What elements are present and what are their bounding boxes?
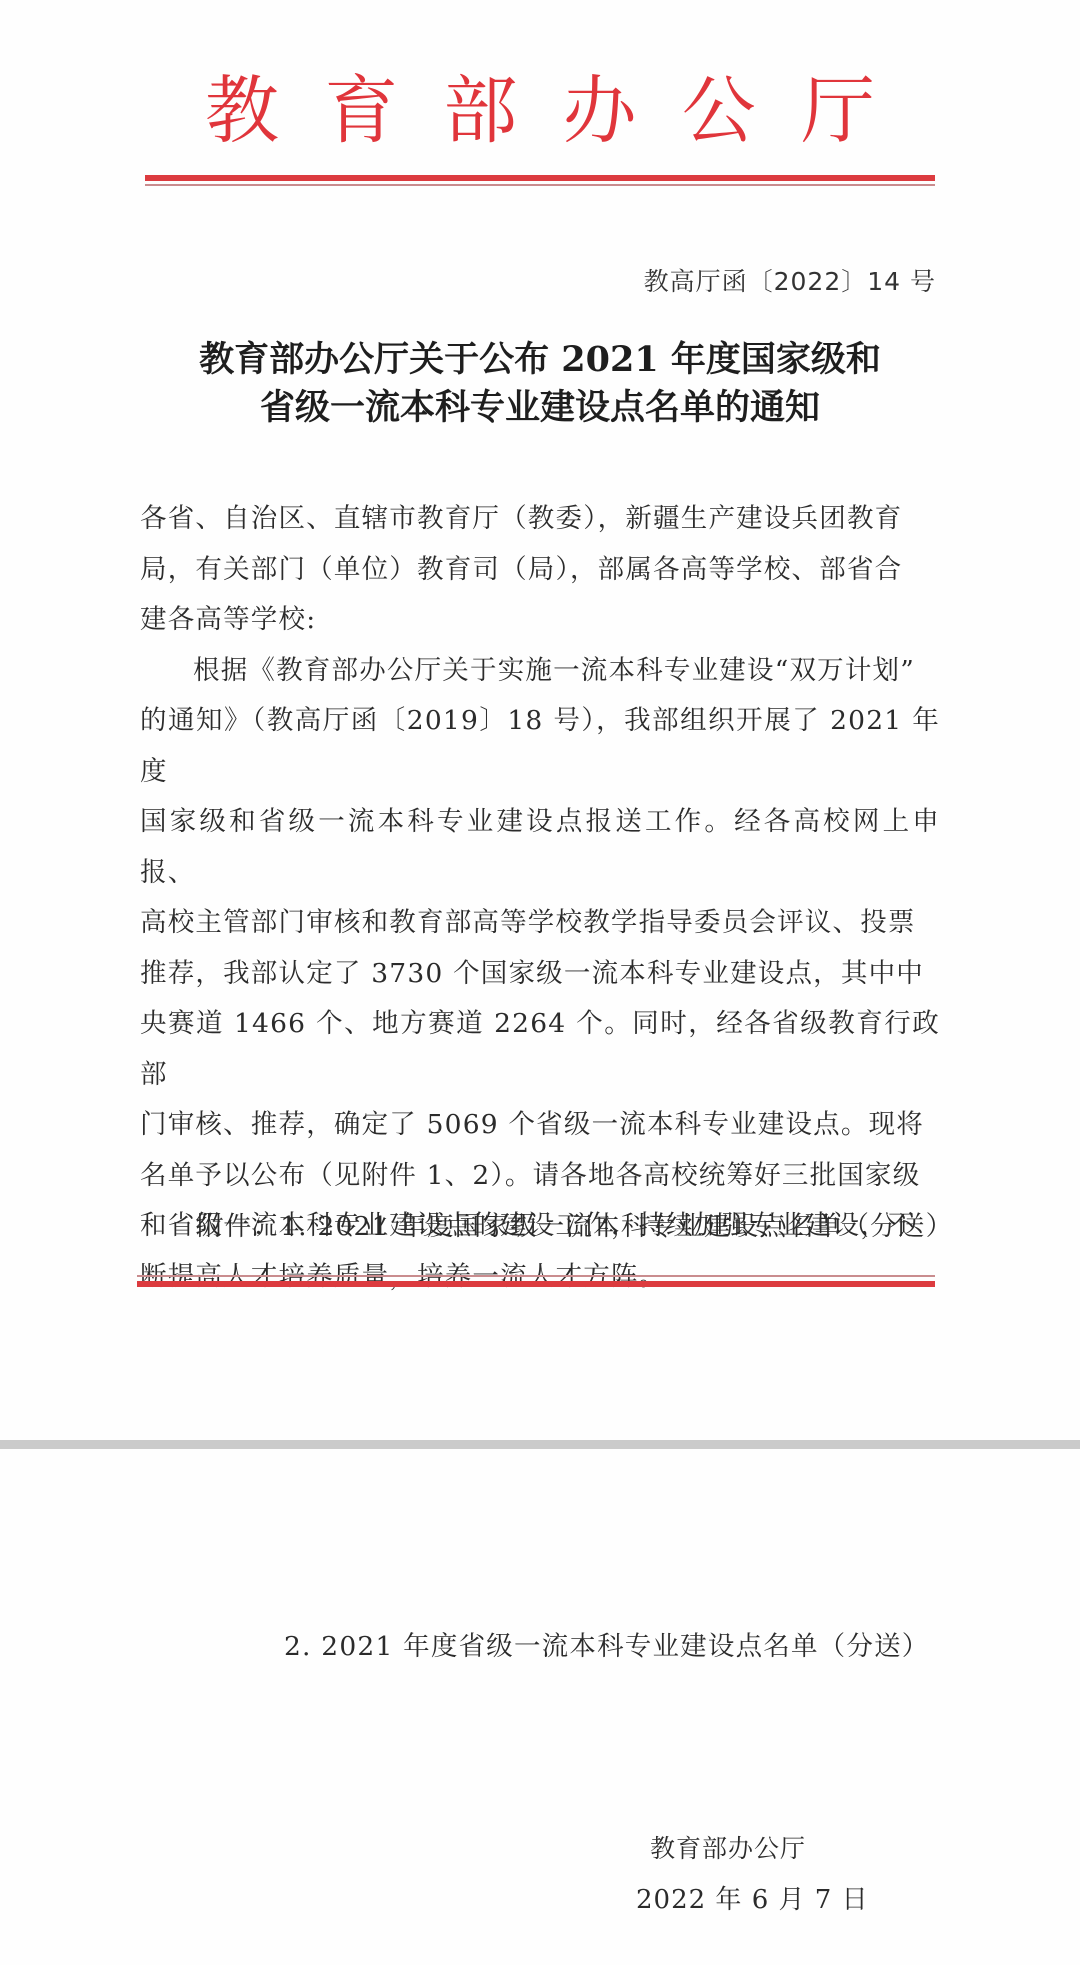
attachment-2: 2. 2021 年度省级一流本科专业建设点名单（分送）: [284, 1624, 929, 1663]
document-body: 各省、自治区、直辖市教育厅（教委），新疆生产建设兵团教育 局，有关部门（单位）教…: [140, 494, 940, 1302]
page-separator: [0, 1440, 1080, 1449]
body-line: 高校主管部门审核和教育部高等学校教学指导委员会评议、投票: [140, 898, 940, 949]
title-line: 教育部办公厅关于公布 2021 年度国家级和: [140, 336, 940, 384]
masthead-char: 公: [682, 74, 756, 148]
body-line: 央赛道 1466 个、地方赛道 2264 个。同时，经各省级教育行政部: [140, 999, 940, 1100]
signature-date: 2022 年 6 月 7 日: [636, 1879, 869, 1916]
masthead-char: 厅: [801, 74, 875, 148]
body-line: 各省、自治区、直辖市教育厅（教委），新疆生产建设兵团教育: [140, 494, 940, 545]
body-line: 的通知》（教高厅函〔2019〕18 号），我部组织开展了 2021 年度: [140, 696, 940, 797]
body-line: 门审核、推荐，确定了 5069 个省级一流本科专业建设点。现将: [140, 1100, 940, 1151]
masthead-char: 育: [324, 74, 398, 148]
masthead-char: 部: [443, 74, 517, 148]
body-line: 名单予以公布（见附件 1、2）。请各地各高校统筹好三批国家级: [140, 1151, 940, 1202]
body-line: 推荐，我部认定了 3730 个国家级一流本科专业建设点，其中中: [140, 949, 940, 1000]
footer-rule-thin: [137, 1275, 935, 1277]
document-number: 教高厅函〔2022〕14 号: [644, 262, 936, 298]
body-line: 国家级和省级一流本科专业建设点报送工作。经各高校网上申报、: [140, 797, 940, 898]
masthead-char: 教: [205, 74, 279, 148]
body-line: 建各高等学校:: [140, 595, 940, 646]
masthead-char: 办: [563, 74, 637, 148]
body-line: 局，有关部门（单位）教育司（局），部属各高等学校、部省合: [140, 545, 940, 596]
signature-org: 教育部办公厅: [650, 1829, 806, 1865]
footer-rule-thick: [137, 1281, 935, 1287]
attachment-1: 附件：1. 2021 年度国家级一流本科专业建设点名单（分送）: [197, 1204, 953, 1243]
document-title: 教育部办公厅关于公布 2021 年度国家级和 省级一流本科专业建设点名单的通知: [140, 336, 940, 432]
title-line: 省级一流本科专业建设点名单的通知: [140, 384, 940, 432]
masthead-rule-thick: [145, 175, 935, 181]
body-line: 根据《教育部办公厅关于实施一流本科专业建设“双万计划”: [140, 646, 940, 697]
masthead-rule-thin: [145, 184, 935, 186]
masthead: 教 育 部 办 公 厅: [145, 66, 935, 156]
